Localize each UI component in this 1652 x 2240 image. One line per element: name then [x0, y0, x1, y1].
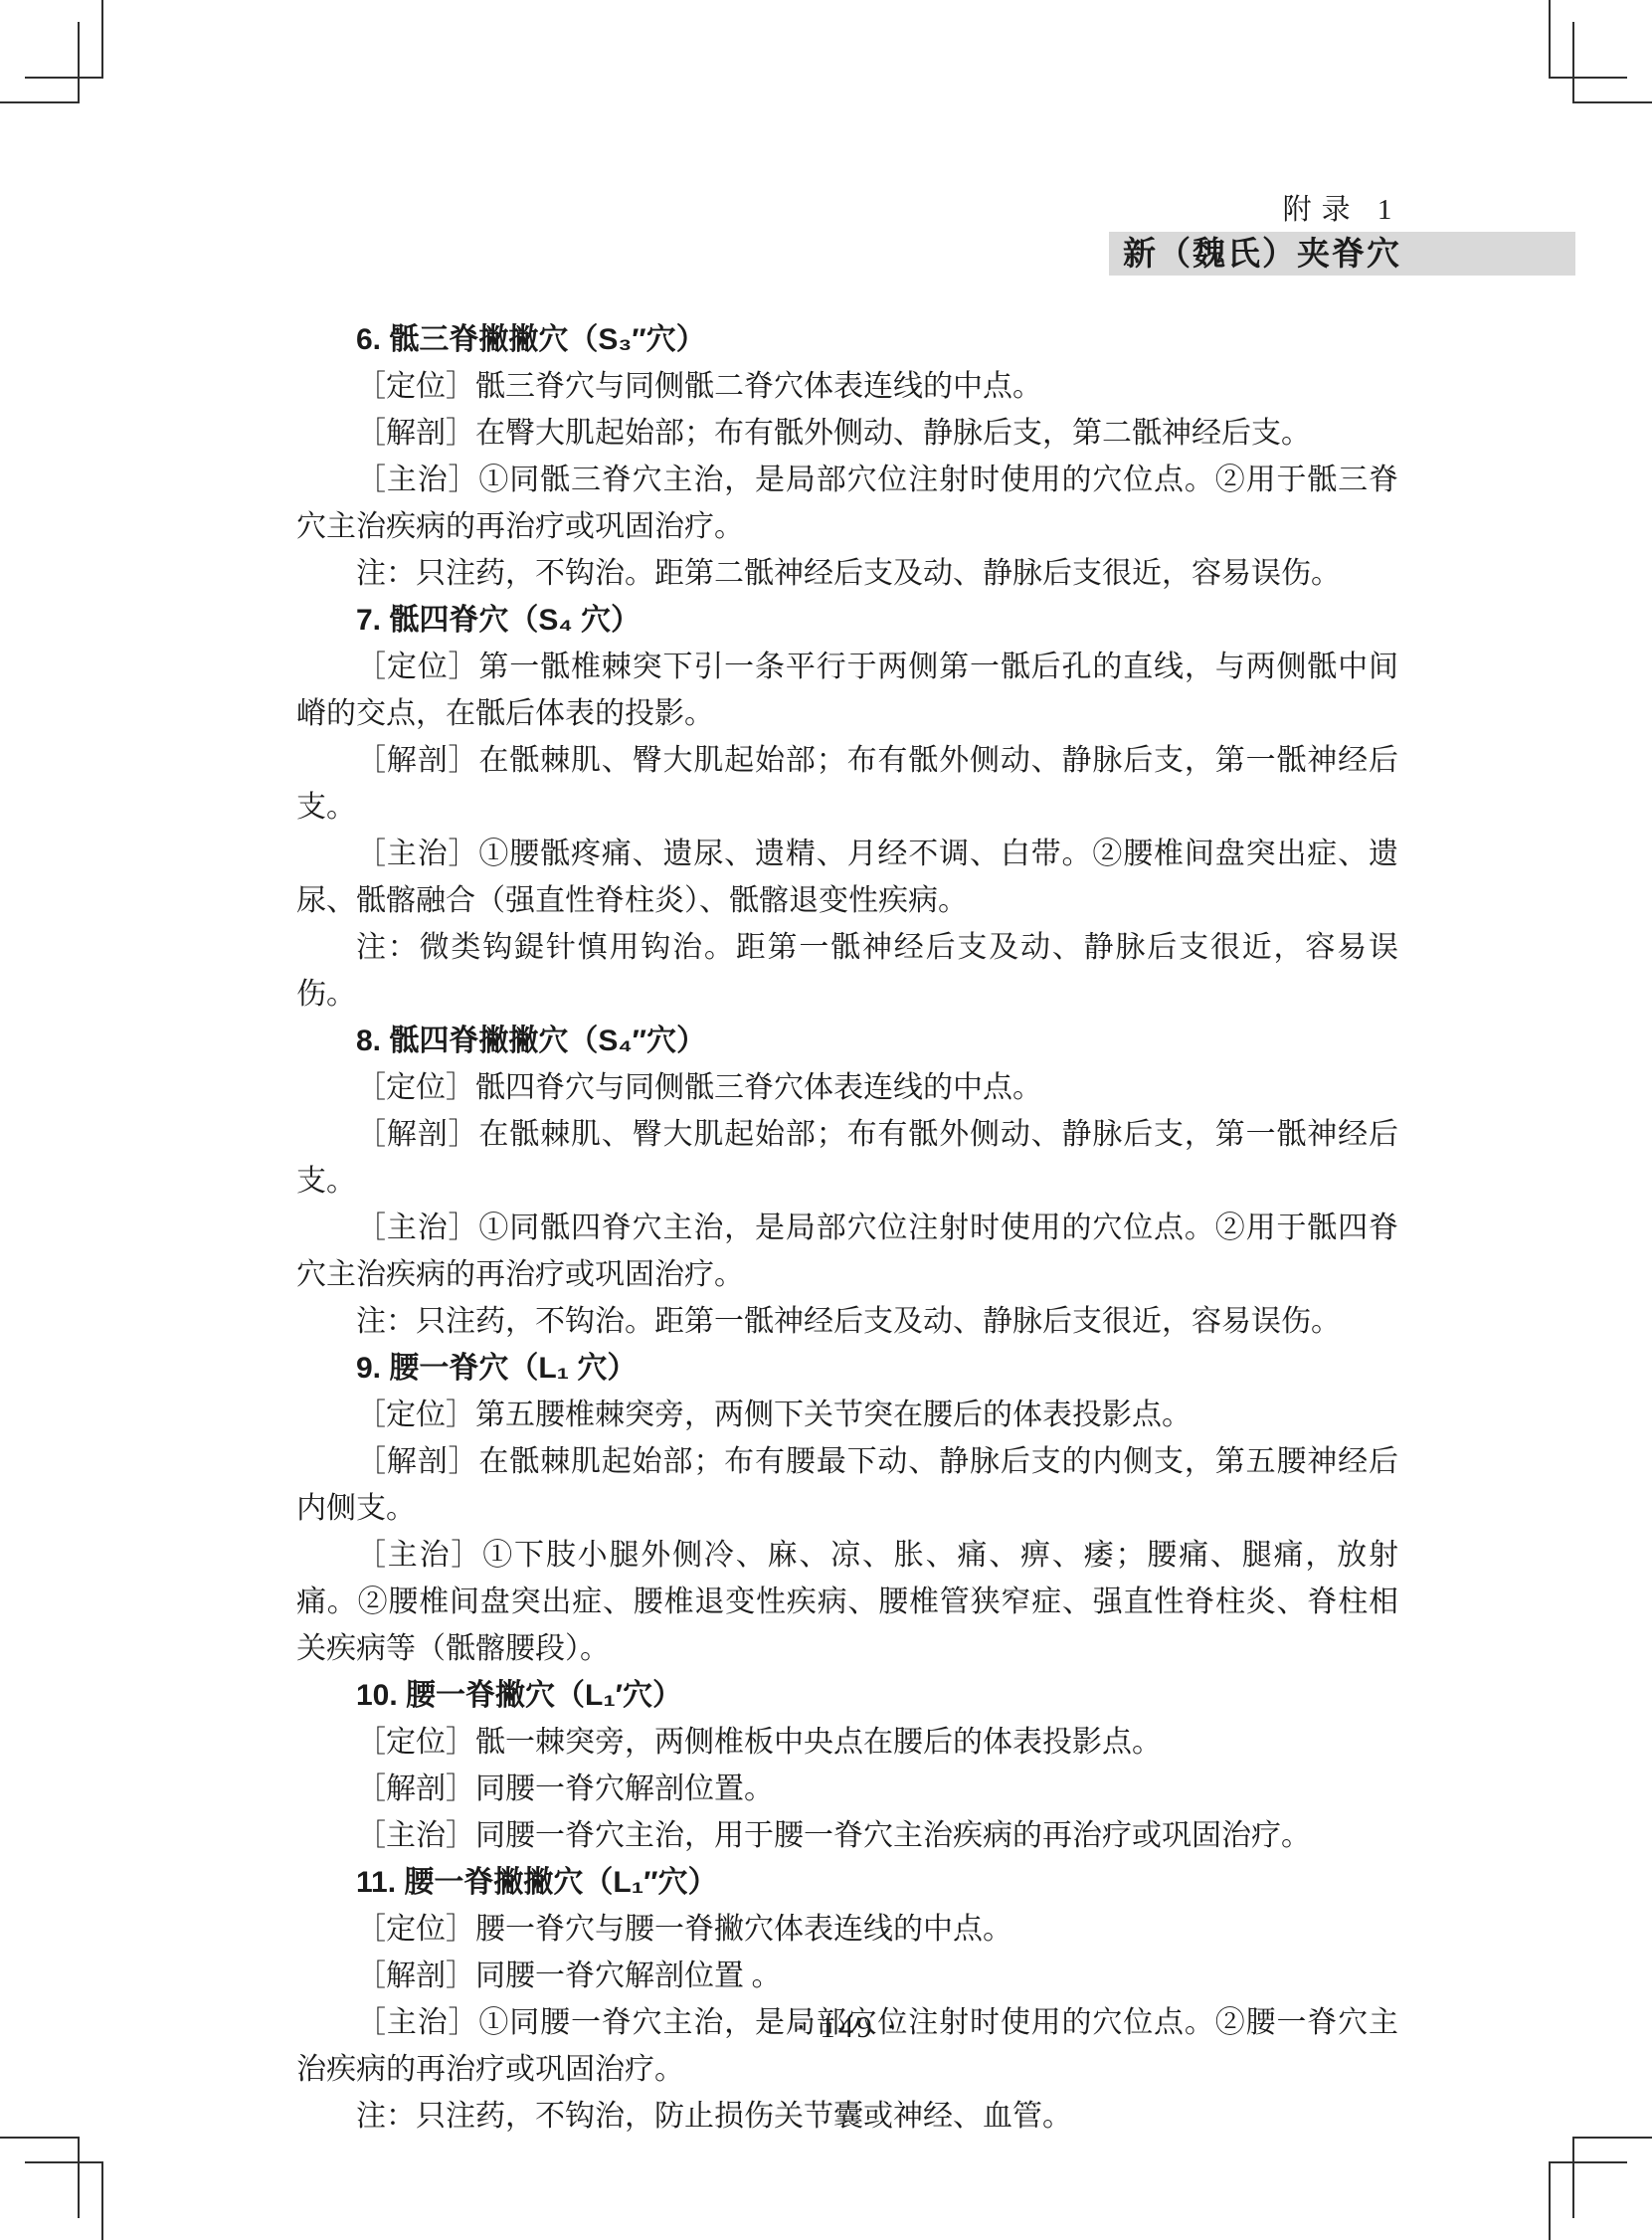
section-heading: 10. 腰一脊撇穴（L₁′穴）: [296, 1672, 1398, 1719]
section-heading: 9. 腰一脊穴（L₁ 穴）: [296, 1345, 1398, 1392]
section-heading: 8. 骶四脊撇撇穴（S₄″穴）: [296, 1018, 1398, 1064]
section-heading: 11. 腰一脊撇撇穴（L₁″穴）: [296, 1859, 1398, 1906]
section-heading: 7. 骶四脊穴（S₄ 穴）: [296, 597, 1398, 644]
paragraph-note: 注：只注药，不钩治，防止损伤关节囊或神经、血管。: [296, 2093, 1398, 2140]
chapter-banner-title: 新（魏氏）夹脊穴: [1109, 232, 1575, 276]
crop-mark-top-left-inner: [0, 22, 80, 103]
crop-mark-top-right-inner: [1572, 22, 1652, 103]
paragraph-anatomy: ［解剖］同腰一脊穴解剖位置。: [296, 1766, 1398, 1812]
paragraph-location: ［定位］第一骶椎棘突下引一条平行于两侧第一骶后孔的直线，与两侧骶中间嵴的交点，在…: [296, 644, 1398, 737]
paragraph-indications: ［主治］①下肢小腿外侧冷、麻、凉、胀、痛、痹、痿；腰痛、腿痛，放射痛。②腰椎间盘…: [296, 1532, 1398, 1672]
paragraph-anatomy: ［解剖］在骶棘肌起始部；布有腰最下动、静脉后支的内侧支，第五腰神经后内侧支。: [296, 1438, 1398, 1532]
paragraph-anatomy: ［解剖］在骶棘肌、臀大肌起始部；布有骶外侧动、静脉后支，第一骶神经后支。: [296, 737, 1398, 831]
paragraph-location: ［定位］骶四脊穴与同侧骶三脊穴体表连线的中点。: [296, 1064, 1398, 1111]
paragraph-anatomy: ［解剖］同腰一脊穴解剖位置 。: [296, 1953, 1398, 1999]
paragraph-indications: ［主治］①同骶三脊穴主治，是局部穴位注射时使用的穴位点。②用于骶三脊穴主治疾病的…: [296, 457, 1398, 550]
paragraph-note: 注：只注药，不钩治。距第二骶神经后支及动、静脉后支很近，容易误伤。: [296, 550, 1398, 597]
paragraph-location: ［定位］第五腰椎棘突旁，两侧下关节突在腰后的体表投影点。: [296, 1392, 1398, 1438]
paragraph-location: ［定位］骶一棘突旁，两侧椎板中央点在腰后的体表投影点。: [296, 1719, 1398, 1766]
body-text: 6. 骶三脊撇撇穴（S₃″穴） ［定位］骶三脊穴与同侧骶二脊穴体表连线的中点。 …: [296, 316, 1398, 2140]
paragraph-anatomy: ［解剖］在骶棘肌、臀大肌起始部；布有骶外侧动、静脉后支，第一骶神经后支。: [296, 1111, 1398, 1205]
paragraph-indications: ［主治］①同骶四脊穴主治，是局部穴位注射时使用的穴位点。②用于骶四脊穴主治疾病的…: [296, 1205, 1398, 1298]
crop-mark-bottom-left-inner: [0, 2137, 80, 2218]
paragraph-note: 注：微类钩鍉针慎用钩治。距第一骶神经后支及动、静脉后支很近，容易误伤。: [296, 924, 1398, 1018]
paragraph-indications: ［主治］同腰一脊穴主治，用于腰一脊穴主治疾病的再治疗或巩固治疗。: [296, 1812, 1398, 1859]
appendix-label: 附录 1: [1109, 187, 1575, 228]
crop-mark-bottom-right-inner: [1572, 2137, 1652, 2218]
section-heading: 6. 骶三脊撇撇穴（S₃″穴）: [296, 316, 1398, 363]
paragraph-note: 注：只注药，不钩治。距第一骶神经后支及动、静脉后支很近，容易误伤。: [296, 1298, 1398, 1345]
paragraph-location: ［定位］骶三脊穴与同侧骶二脊穴体表连线的中点。: [296, 363, 1398, 410]
page-number: · 149 ·: [296, 2009, 1398, 2045]
chapter-banner: 新（魏氏）夹脊穴: [1109, 232, 1575, 276]
book-page: 附录 1 新（魏氏）夹脊穴 6. 骶三脊撇撇穴（S₃″穴） ［定位］骶三脊穴与同…: [0, 0, 1652, 2240]
paragraph-location: ［定位］腰一脊穴与腰一脊撇穴体表连线的中点。: [296, 1906, 1398, 1953]
paragraph-indications: ［主治］①腰骶疼痛、遗尿、遗精、月经不调、白带。②腰椎间盘突出症、遗尿、骶髂融合…: [296, 831, 1398, 924]
paragraph-anatomy: ［解剖］在臀大肌起始部；布有骶外侧动、静脉后支，第二骶神经后支。: [296, 410, 1398, 457]
